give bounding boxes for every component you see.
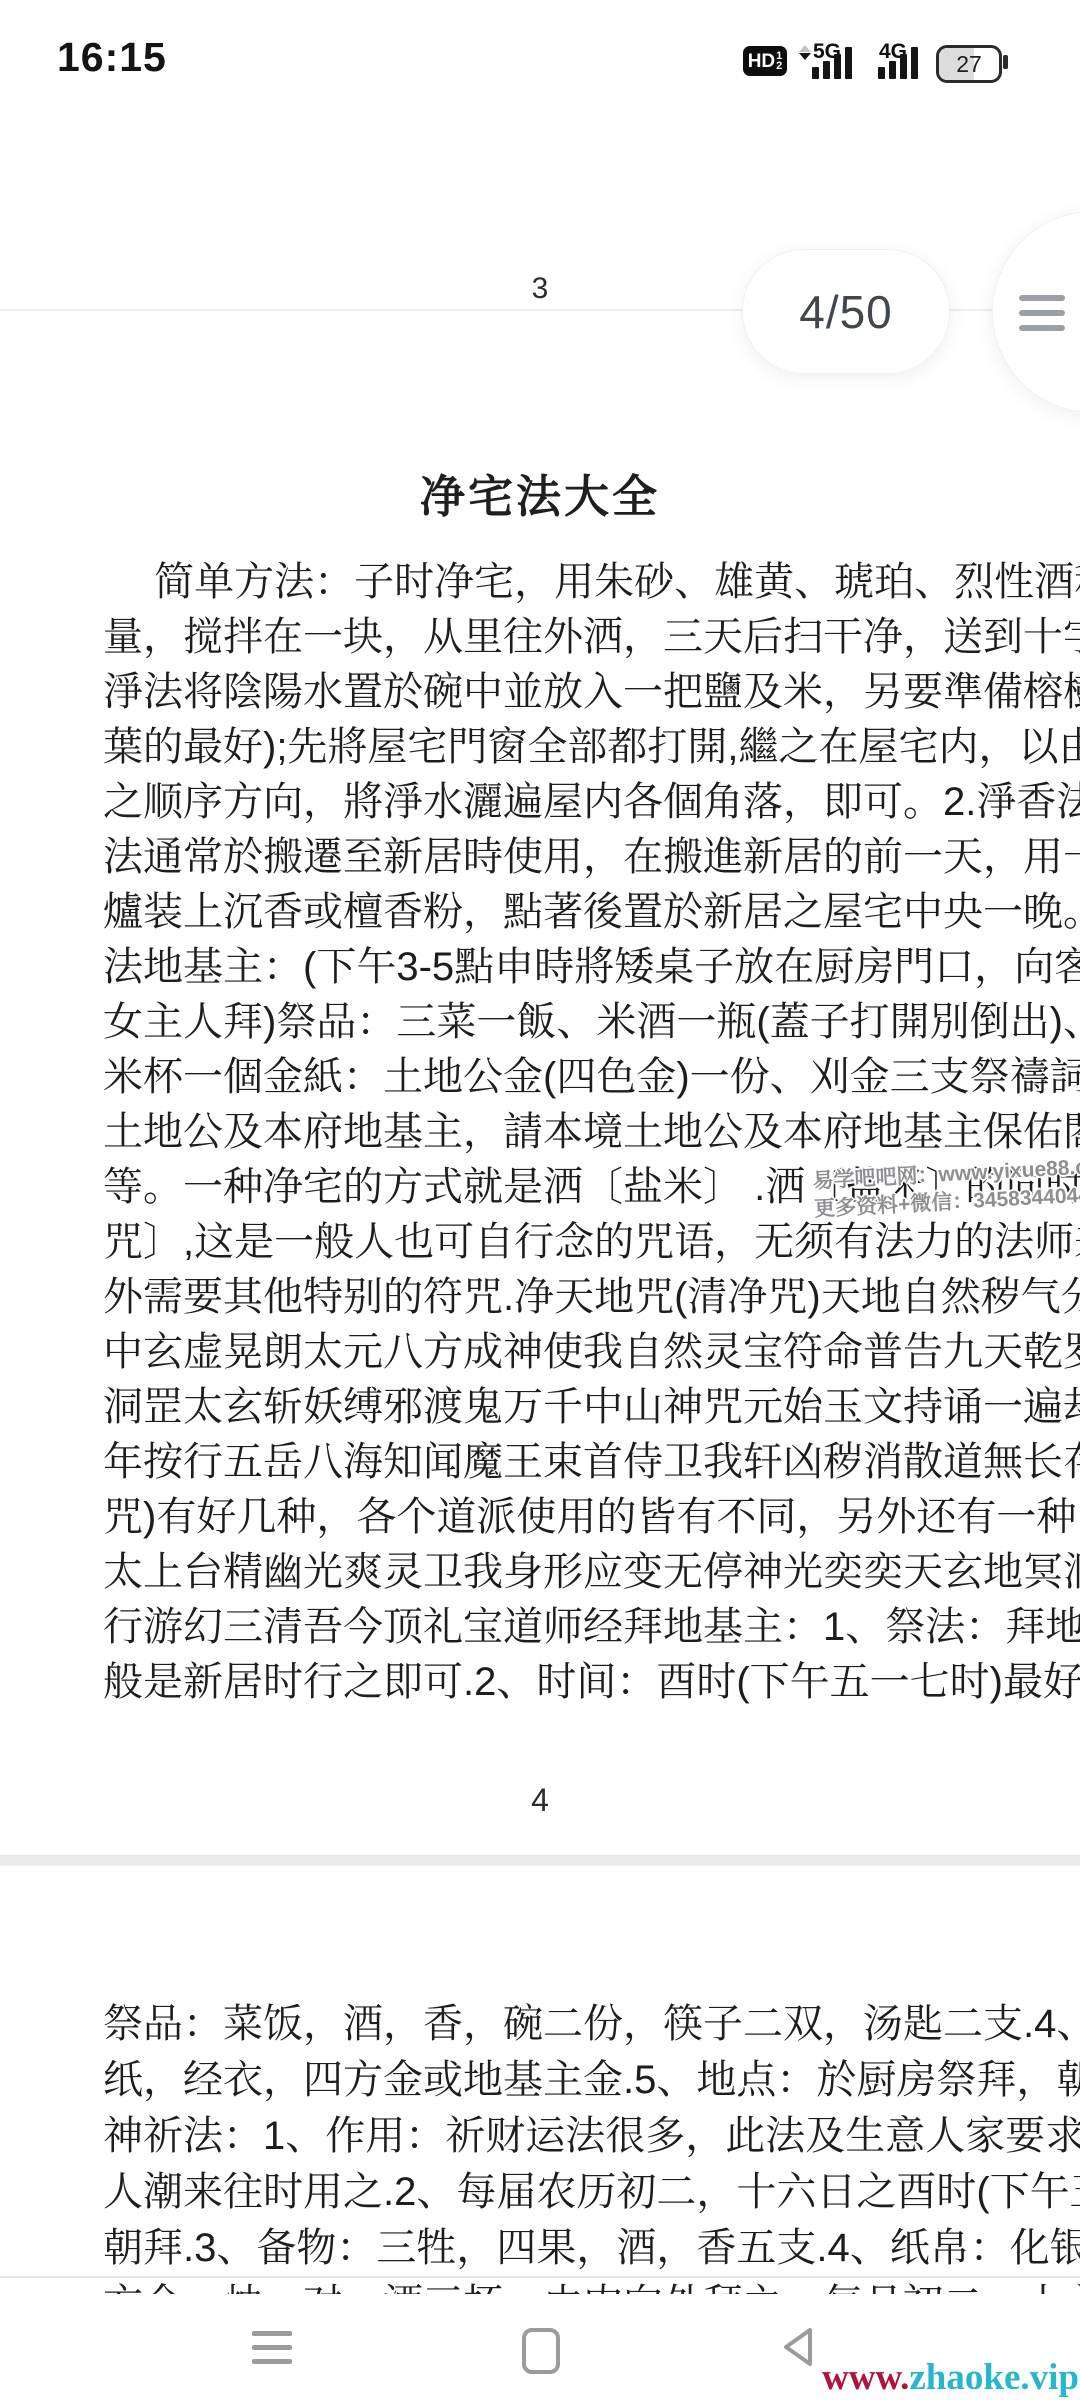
back-triangle-icon (780, 2326, 816, 2368)
status-time: 16:15 (57, 34, 167, 81)
text-line: 般是新居时行之即可.2、时间：酉时(下午五一七时)最好.3、 (103, 1655, 980, 1710)
text-line: 洞罡太玄斩妖缚邪渡鬼万千中山神咒元始玉文持诵一遍却病延 (103, 1380, 980, 1435)
document-title: 净宅法大全 (0, 460, 1080, 525)
text-line: 行游幻三清吾今顶礼宝道师经拜地基主：1、祭法：拜地基主， 一 (103, 1600, 980, 1655)
text-line: 年按行五岳八海知闻魔王束首侍卫我轩凶秽消散道無长存〔清净 (103, 1435, 980, 1490)
text-line: 咒〕,这是一般人也可自行念的咒语，无须有法力的法师来念，或另 (103, 1215, 980, 1270)
page4-number: 4 (0, 1782, 1080, 1819)
bottom-watermark-main: zhaoke.vip (909, 2357, 1079, 2398)
bottom-watermark-prefix: www. (822, 2357, 909, 2398)
nav-home-button[interactable] (522, 2328, 560, 2374)
battery-percent: 27 (939, 48, 999, 80)
text-line: 祭品：菜饭，酒，香，碗二份，筷子二双，汤匙二支.4、纸帛：银 (103, 1996, 980, 2052)
text-line: 朝拜.3、备物：三牲，四果，酒，香五支.4、纸帛：化银纸，四 (103, 2220, 980, 2276)
text-line: 女主人拜)祭品：三菜一飯、米酒一瓶(蓋子打開別倒出)、香三枝、 (103, 995, 980, 1050)
text-line: 米杯一個金紙：土地公金(四色金)一份、刈金三支祭禱詞:拜請本境 (103, 1050, 980, 1105)
signal-4g-icon: 4G (866, 41, 932, 79)
text-line: 简单方法：子时净宅，用朱砂、雄黄、琥珀、烈性酒和小米，各适 (103, 555, 980, 610)
navbar-divider (0, 2276, 1080, 2278)
bottom-watermark: www.zhaoke.vip (822, 2356, 1079, 2399)
page4-text: 祭品：菜饭，酒，香，碗二份，筷子二双，汤匙二支.4、纸帛：银纸，经衣，四方金或地… (103, 1996, 980, 2332)
text-line: 法通常於搬遷至新居時使用，在搬進新居的前一天，用一個小的淨香 (103, 830, 980, 885)
nav-back-button[interactable] (780, 2326, 816, 2373)
page-separator (0, 1855, 1080, 1866)
hd-volte-icon: HD 1 2 (743, 46, 787, 76)
text-line: 人潮来往时用之.2、每届农历初二，十六日之酉时(下午五一七时) (103, 2164, 980, 2220)
battery-icon: 27 (936, 45, 1002, 83)
screen: 16:15 HD 1 2 5G 4G 27 3 4/50 净宅法大全 (0, 0, 1080, 2400)
text-line: 爐装上沉香或檀香粉，點著後置於新居之屋宅中央一晚。3.拜地基主 (103, 885, 980, 940)
page3-text: 简单方法：子时净宅，用朱砂、雄黄、琥珀、烈性酒和小米，各适量，搅拌在一块，从里往… (103, 555, 980, 1710)
text-line: 外需要其他特别的符咒.净天地咒(清净咒)天地自然秽气分散洞 (103, 1270, 980, 1325)
reader-menu-button[interactable] (992, 211, 1080, 413)
text-line: 中玄虚晃朗太元八方成神使我自然灵宝符命普告九天乾罗怛哪 (103, 1325, 980, 1380)
text-line: 神祈法：1、作用：祈财运法很多，此法及生意人家要求生意兴旺， (103, 2108, 980, 2164)
text-line: 咒)有好几种，各个道派使用的皆有不同，另外还有一种〔平安咒〕： (103, 1490, 980, 1545)
text-line: 淨法将陰陽水置於碗中並放入一把鹽及米，另要準備榕樹枝(一梗七 (103, 665, 980, 720)
text-line: 太上台精幽光爽灵卫我身形应变无停神光奕奕天玄地冥洞澈五 (103, 1545, 980, 1600)
text-line: 纸，经衣，四方金或地基主金.5、地点：於厨房祭拜，朝内而拜.财 (103, 2052, 980, 2108)
text-line: 葉的最好);先將屋宅門窗全部都打開,繼之在屋宅内，以由内而外 (103, 720, 980, 775)
battery-nub (1003, 55, 1008, 69)
page-indicator-pill[interactable]: 4/50 (742, 249, 950, 374)
nav-recents-button[interactable] (252, 2331, 292, 2365)
text-line: 法地基主：(下午3-5點申時將矮桌子放在厨房門口，向客廳方向，由 (103, 940, 980, 995)
signal-5g-icon: 5G (800, 41, 866, 79)
text-line: 土地公及本府地基主，請本境土地公及本府地基主保佑閤家平安....等 (103, 1105, 980, 1160)
page-indicator-label: 4/50 (799, 285, 893, 339)
text-line: 量，搅拌在一块，从里往外洒，三天后扫干净，送到十字路口。1.灑 (103, 610, 980, 665)
text-line: 之顺序方向，將淨水灑遍屋内各個角落，即可。2.淨香法這種淨宅之 (103, 775, 980, 830)
